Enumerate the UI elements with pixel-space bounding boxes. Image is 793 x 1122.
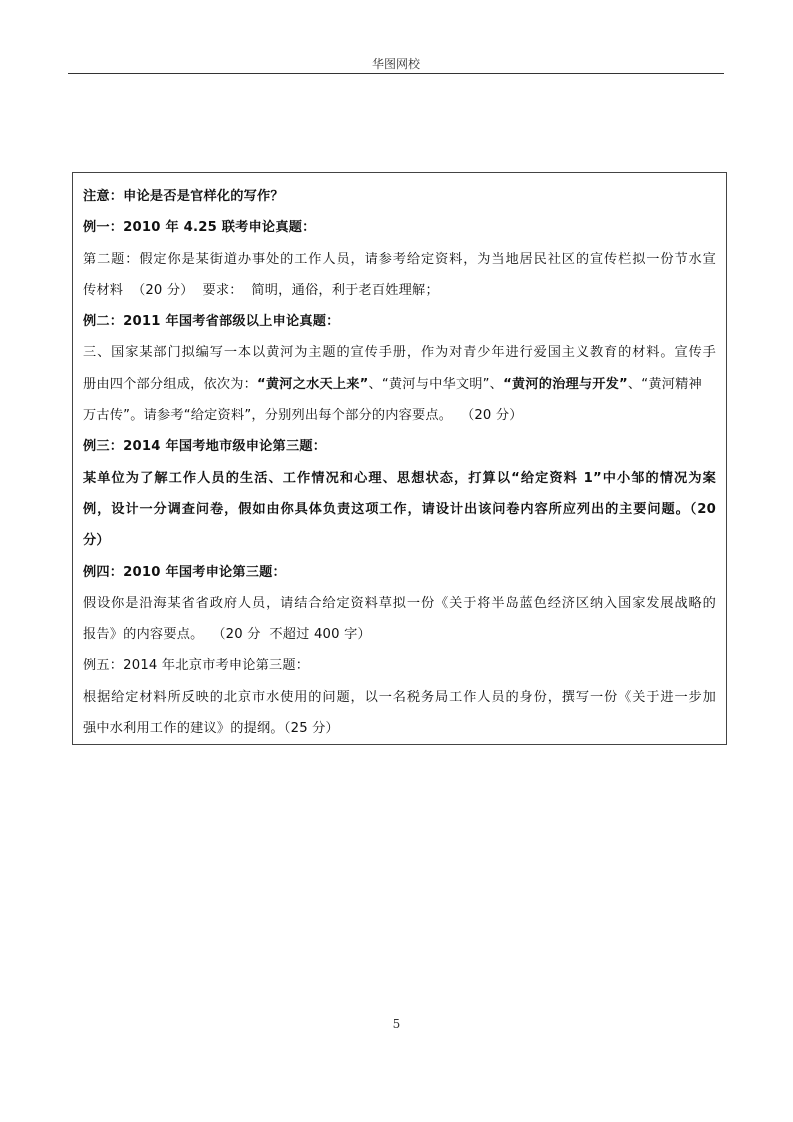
example-3-heading: 例三：2014 年国考地市级申论第三题：: [83, 431, 716, 462]
content-box: 注意：申论是否是官样化的写作？ 例一：2010 年 4.25 联考申论真题： 第…: [72, 172, 727, 745]
example-1-heading: 例一：2010 年 4.25 联考申论真题：: [83, 212, 716, 243]
example-2-bold-part-3: “黄河的治理与开发”: [503, 377, 628, 392]
example-3-text-line-1: 某单位为了解工作人员的生活、工作情况和心理、思想状态，打算以“给定资料 1”中小…: [83, 463, 716, 494]
example-2-text-segment: 、“黄河与中华文明”、: [369, 377, 504, 392]
example-3-text-line-3: 分）: [83, 525, 716, 556]
example-1-text-line-2: 传材料 （20 分） 要求： 简明，通俗，利于老百姓理解；: [83, 275, 716, 306]
example-2-text-segment: 、“黄河精神: [628, 377, 702, 392]
note-heading: 注意：申论是否是官样化的写作？: [83, 181, 716, 212]
page-number: 5: [0, 1017, 793, 1031]
example-2-text-segment: 册由四个部分组成，依次为：: [83, 377, 257, 392]
example-2-bold-part-1: “黄河之水天上来”: [257, 377, 368, 392]
example-3-text-line-2: 例，设计一分调查问卷，假如由你具体负责这项工作，请设计出该问卷内容所应列出的主要…: [83, 494, 716, 525]
example-2-text-line-2: 册由四个部分组成，依次为：“黄河之水天上来”、“黄河与中华文明”、“黄河的治理与…: [83, 369, 716, 400]
header-divider: [68, 73, 724, 74]
example-5-heading: 例五：2014 年北京市考申论第三题：: [83, 650, 716, 681]
example-1-text-line-1: 第二题：假定你是某街道办事处的工作人员，请参考给定资料，为当地居民社区的宣传栏拟…: [83, 244, 716, 275]
page-header: 华图网校: [68, 55, 724, 73]
example-4-text-line-2: 报告》的内容要点。 （20 分 不超过 400 字）: [83, 619, 716, 650]
example-2-heading: 例二：2011 年国考省部级以上申论真题：: [83, 306, 716, 337]
example-4-text-line-1: 假设你是沿海某省省政府人员，请结合给定资料草拟一份《关于将半岛蓝色经济区纳入国家…: [83, 588, 716, 619]
example-4-heading: 例四：2010 年国考申论第三题：: [83, 557, 716, 588]
example-2-text-line-1: 三、国家某部门拟编写一本以黄河为主题的宣传手册，作为对青少年进行爱国主义教育的材…: [83, 337, 716, 368]
example-2-text-line-3: 万古传”。请参考“给定资料”，分别列出每个部分的内容要点。 （20 分）: [83, 400, 716, 431]
example-5-text-line-1: 根据给定材料所反映的北京市水使用的问题，以一名税务局工作人员的身份，撰写一份《关…: [83, 682, 716, 713]
example-5-text-line-2: 强中水利用工作的建议》的提纲。（25 分）: [83, 713, 716, 744]
